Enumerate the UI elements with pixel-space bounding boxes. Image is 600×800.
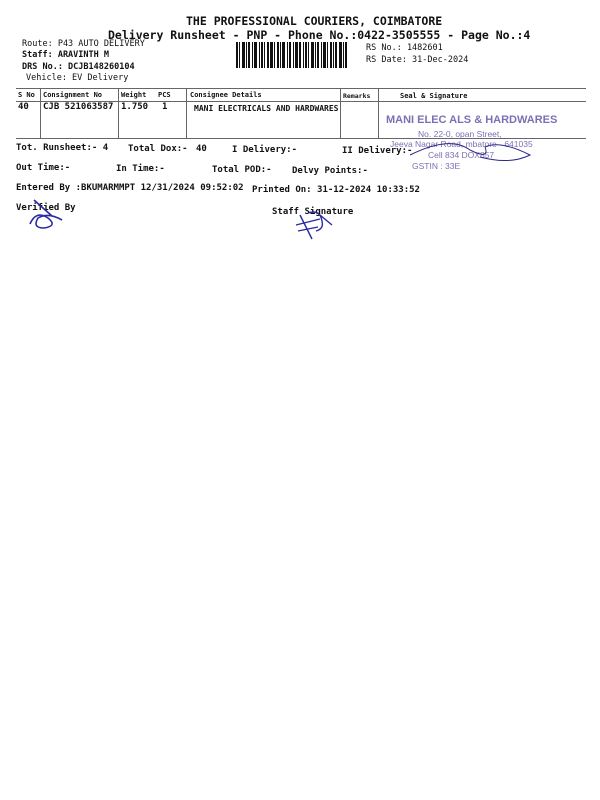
rs-number: RS No.: 1482601 <box>366 43 443 53</box>
company-title: THE PROFESSIONAL COURIERS, COIMBATORE <box>186 14 442 28</box>
col-divider <box>340 88 341 138</box>
drs-number: DRS No.: DCJB148260104 <box>22 62 135 72</box>
col-header-sno: S No <box>18 91 35 99</box>
vehicle-label: Vehicle: EV Delivery <box>26 73 128 83</box>
row-pcs: 1 <box>162 102 167 112</box>
total-dox-label: Total Dox:- <box>128 144 188 154</box>
col-divider <box>118 88 119 138</box>
total-pod: Total POD:- <box>212 165 272 175</box>
seal-signature-scribble <box>390 125 550 170</box>
col-divider <box>378 88 379 138</box>
out-time: Out Time:- <box>16 163 70 173</box>
entered-by: Entered By :BKUMARMMPT 12/31/2024 09:52:… <box>16 183 244 193</box>
col-divider <box>186 88 187 138</box>
table-top-border <box>16 88 586 89</box>
total-dox-value: 40 <box>196 144 207 154</box>
route-label: Route: P43 AUTO DELIVERY <box>22 39 145 49</box>
col-header-weight: Weight <box>121 91 146 99</box>
row-consignment-no: CJB 521063587 <box>43 102 113 112</box>
staff-label: Staff: ARAVINTH M <box>22 50 109 60</box>
row-consignee: MANI ELECTRICALS AND HARDWARES <box>194 104 339 113</box>
verified-signature <box>24 198 69 233</box>
delvy-points: Delvy Points:- <box>292 166 368 176</box>
row-sno: 40 <box>18 102 29 112</box>
printed-on: Printed On: 31-12-2024 10:33:52 <box>252 185 420 195</box>
col-header-consignment: Consignment No <box>43 91 102 99</box>
barcode <box>236 42 356 68</box>
row-weight: 1.750 <box>121 102 148 112</box>
ii-delivery: II Delivery:- <box>342 146 412 156</box>
col-header-consignee: Consignee Details <box>190 91 262 99</box>
col-divider <box>40 88 41 138</box>
col-header-pcs: PCS <box>158 91 171 99</box>
col-header-seal: Seal & Signature <box>400 92 467 100</box>
col-header-remarks: Remarks <box>343 92 370 100</box>
staff-signature <box>290 205 340 245</box>
in-time: In Time:- <box>116 164 165 174</box>
runsheet-subtitle: Delivery Runsheet - PNP - Phone No.:0422… <box>108 28 530 42</box>
i-delivery: I Delivery:- <box>232 145 297 155</box>
rs-date: RS Date: 31-Dec-2024 <box>366 55 468 65</box>
tot-runsheet: Tot. Runsheet:- 4 <box>16 143 108 153</box>
